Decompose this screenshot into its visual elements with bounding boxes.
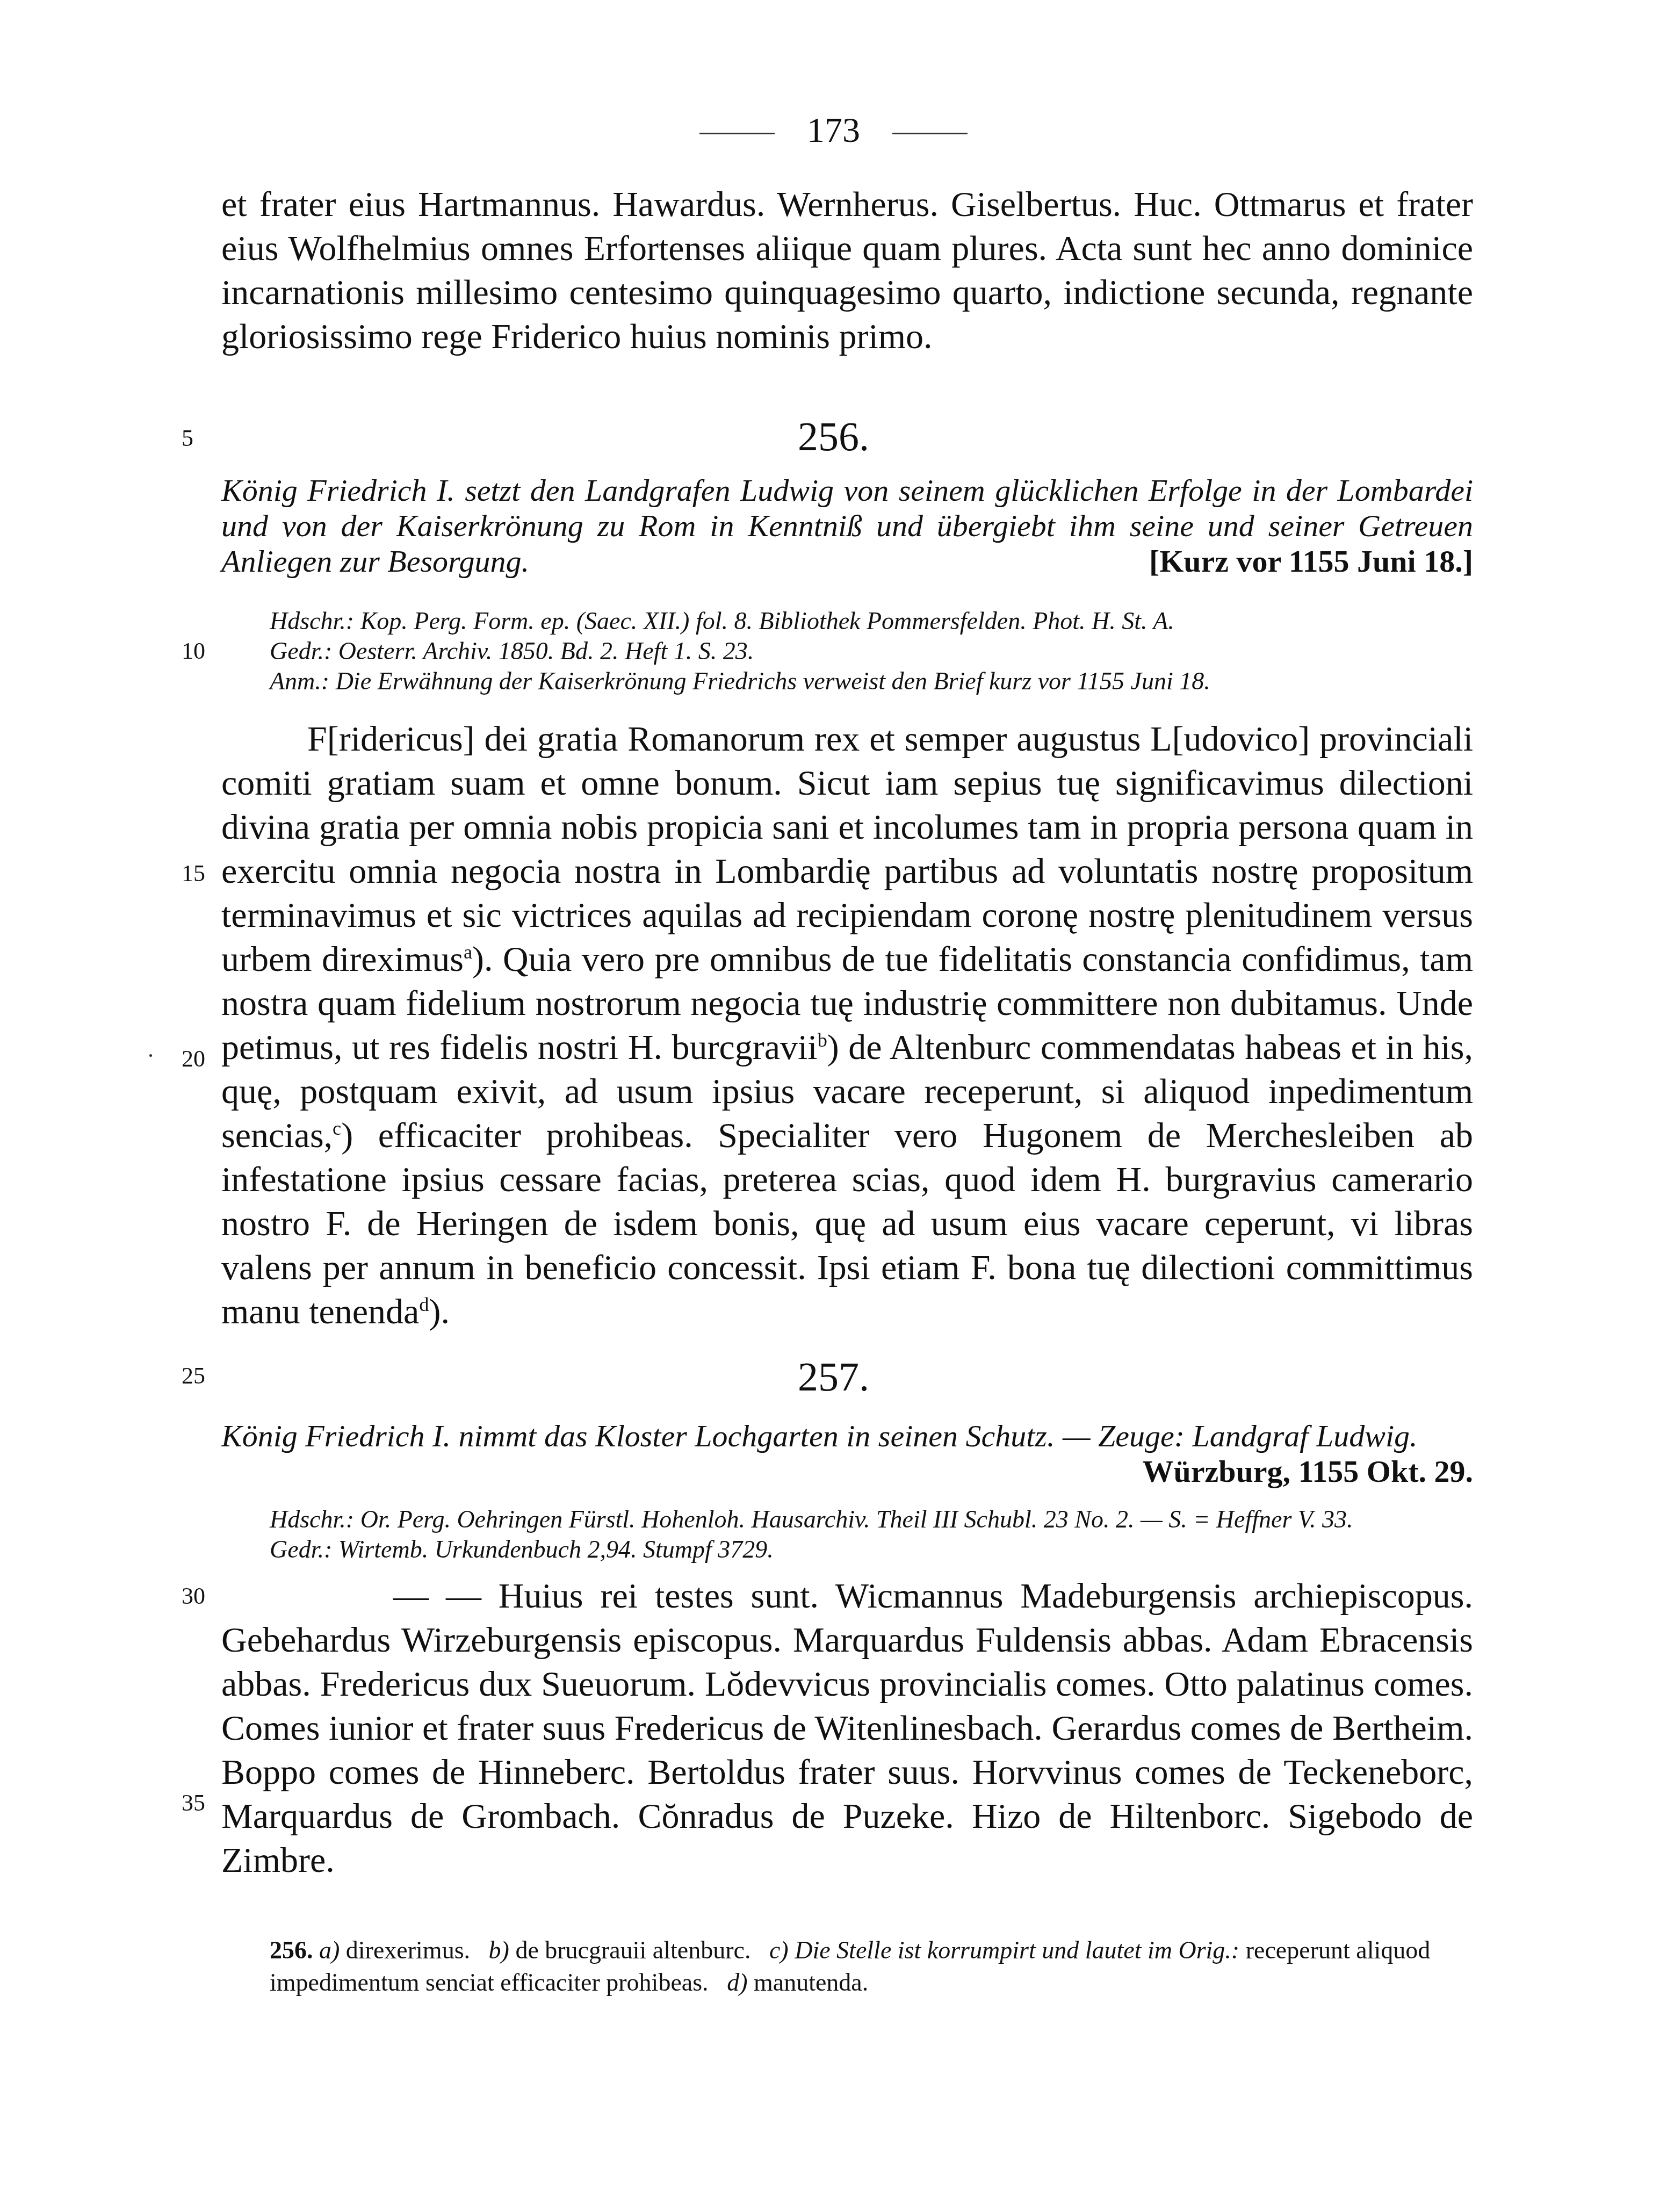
line-number-30: 30 [182, 1582, 214, 1610]
document-text-256: F[ridericus] dei gratia Romanorum rex et… [221, 717, 1473, 1334]
regest-257: König Friedrich I. nimmt das Kloster Loc… [221, 1418, 1473, 1489]
text-segment: ) efficaciter prohibeas. Specialiter ver… [221, 1116, 1473, 1331]
footnote-d-label: d) [727, 1969, 747, 1996]
footnote-ref-b[interactable]: b [818, 1029, 827, 1051]
source-manuscript: Hdschr.: Or. Perg. Oehringen Fürstl. Hoh… [270, 1504, 1521, 1534]
regest-256-date: [Kurz vor 1155 Juni 18.] [1149, 544, 1473, 579]
source-note: Anm.: Die Erwähnung der Kaiserkrönung Fr… [270, 666, 1521, 696]
letter-paragraph: F[ridericus] dei gratia Romanorum rex et… [221, 717, 1473, 1334]
footnote-a-label: a) [319, 1936, 340, 1964]
sources-256: Hdschr.: Kop. Perg. Form. ep. (Saec. XII… [221, 606, 1521, 696]
regest-257-date: Würzburg, 1155 Okt. 29. [1143, 1454, 1474, 1489]
source-printed: Gedr.: Wirtemb. Urkundenbuch 2,94. Stump… [270, 1534, 1521, 1565]
document-page: 173 et frater eius Hartmannus. Hawardus.… [0, 0, 1667, 2212]
document-number-256: 256. [0, 414, 1667, 460]
line-number-20: 20 [182, 1045, 214, 1072]
footnote-doc-ref: 256. [270, 1936, 313, 1964]
footnote-c-label: c) [769, 1936, 789, 1964]
footnote-a-text: direxerimus. [346, 1936, 470, 1964]
footnote-b-text: de brucgrauii altenburc. [515, 1936, 750, 1964]
margin-dot [149, 1054, 152, 1057]
continuation-paragraph: et frater eius Hartmannus. Hawardus. Wer… [221, 183, 1473, 359]
text-segment: ). [429, 1292, 450, 1331]
line-number-10: 10 [182, 637, 214, 665]
regest-256: König Friedrich I. setzt den Landgrafen … [221, 473, 1473, 579]
footnotes: 256. a) direxerimus. b) de brucgrauii al… [221, 1934, 1521, 1999]
witness-list-paragraph: — — Huius rei testes sunt. Wicmannus Mad… [221, 1574, 1473, 1883]
document-text-257: — — Huius rei testes sunt. Wicmannus Mad… [221, 1574, 1473, 1883]
page-header: 173 [0, 110, 1667, 151]
continuation-text: et frater eius Hartmannus. Hawardus. Wer… [221, 183, 1473, 359]
footnote-c-italic: Die Stelle ist korrumpirt und lautet im … [795, 1936, 1239, 1964]
header-rule-right [892, 133, 968, 134]
footnote-ref-d[interactable]: d [419, 1294, 429, 1315]
footnote-ref-a[interactable]: a [464, 941, 472, 963]
source-manuscript: Hdschr.: Kop. Perg. Form. ep. (Saec. XII… [270, 606, 1521, 636]
footnote-ref-c[interactable]: c [333, 1118, 341, 1139]
line-number-15: 15 [182, 860, 214, 887]
header-rule-left [699, 133, 775, 134]
sources-257: Hdschr.: Or. Perg. Oehringen Fürstl. Hoh… [221, 1504, 1521, 1565]
document-number-257: 257. [0, 1354, 1667, 1401]
footnote-d-text: manutenda. [754, 1969, 868, 1996]
regest-257-text: König Friedrich I. nimmt das Kloster Loc… [221, 1418, 1418, 1453]
line-number-35: 35 [182, 1789, 214, 1817]
footnote-block-256: 256. a) direxerimus. b) de brucgrauii al… [270, 1934, 1521, 1999]
footnote-b-label: b) [489, 1936, 509, 1964]
page-number: 173 [807, 111, 860, 150]
source-printed: Gedr.: Oesterr. Archiv. 1850. Bd. 2. Hef… [270, 636, 1521, 666]
